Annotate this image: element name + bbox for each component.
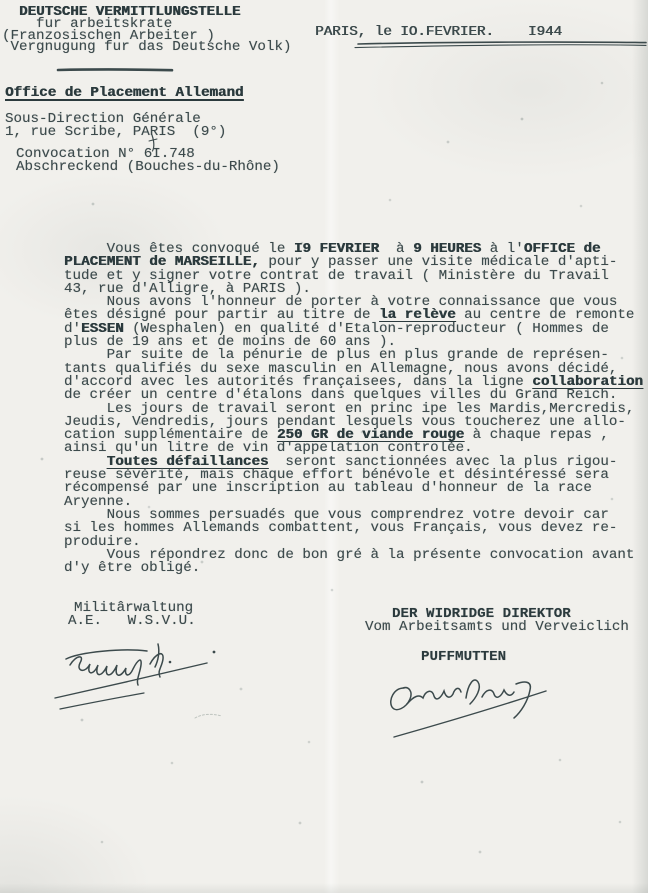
sub-direction-line: 1, rue Scribe, PARIS (9°)	[5, 126, 226, 139]
paragraph: Par suite de la pénurie de plus en plus …	[64, 349, 648, 402]
header-divider	[58, 70, 172, 71]
page: DEUTSCHE VERMITTLUNGSTELLE fur arbeitskr…	[0, 0, 648, 893]
paragraph: Nous sommes persuadés que vous comprendr…	[64, 509, 648, 549]
sub-direction-block: Sous-Direction Générale 1, rue Scribe, P…	[5, 113, 226, 139]
convocation-block: Convocation N° 6I.748 Abschreckend (Bouc…	[16, 148, 280, 174]
paragraph: Nous avons l'honneur de porter à votre c…	[64, 296, 648, 349]
date-line: PARIS, le IO.FEVRIER. I944	[315, 24, 562, 40]
body-text: Vous êtes convoqué le I9 FEVRIER à 9 HEU…	[64, 243, 648, 575]
signature-right-name: PUFFMUTTEN	[421, 649, 506, 665]
signature-left-org: A.E. W.S.V.U.	[68, 613, 196, 629]
paragraph: Vous répondrez donc de bon gré à la prés…	[64, 549, 648, 576]
office-line: Office de Placement Allemand	[5, 85, 243, 101]
org-line: Vergnugung fur das Deutsche Volk)	[2, 42, 291, 54]
signature-left-scribble	[55, 644, 215, 709]
date-underline	[355, 45, 646, 48]
scan-noise	[0, 0, 2, 2]
signature-right-subtitle: Vom Arbeitsamts und Verveiclich	[365, 619, 629, 635]
paragraph: Les jours de travail seront en princ ipe…	[64, 403, 648, 456]
paragraph: Vous êtes convoqué le I9 FEVRIER à 9 HEU…	[64, 243, 648, 296]
signature-right-scribble	[391, 680, 546, 737]
date-underline	[358, 42, 646, 44]
region-line: Abschreckend (Bouches-du-Rhône)	[16, 161, 280, 174]
pencil-mark	[195, 714, 222, 718]
paragraph: Toutes défaillances seront sanctionnées …	[64, 456, 648, 509]
letterhead-org: DEUTSCHE VERMITTLUNGSTELLE fur arbeitskr…	[2, 7, 291, 54]
